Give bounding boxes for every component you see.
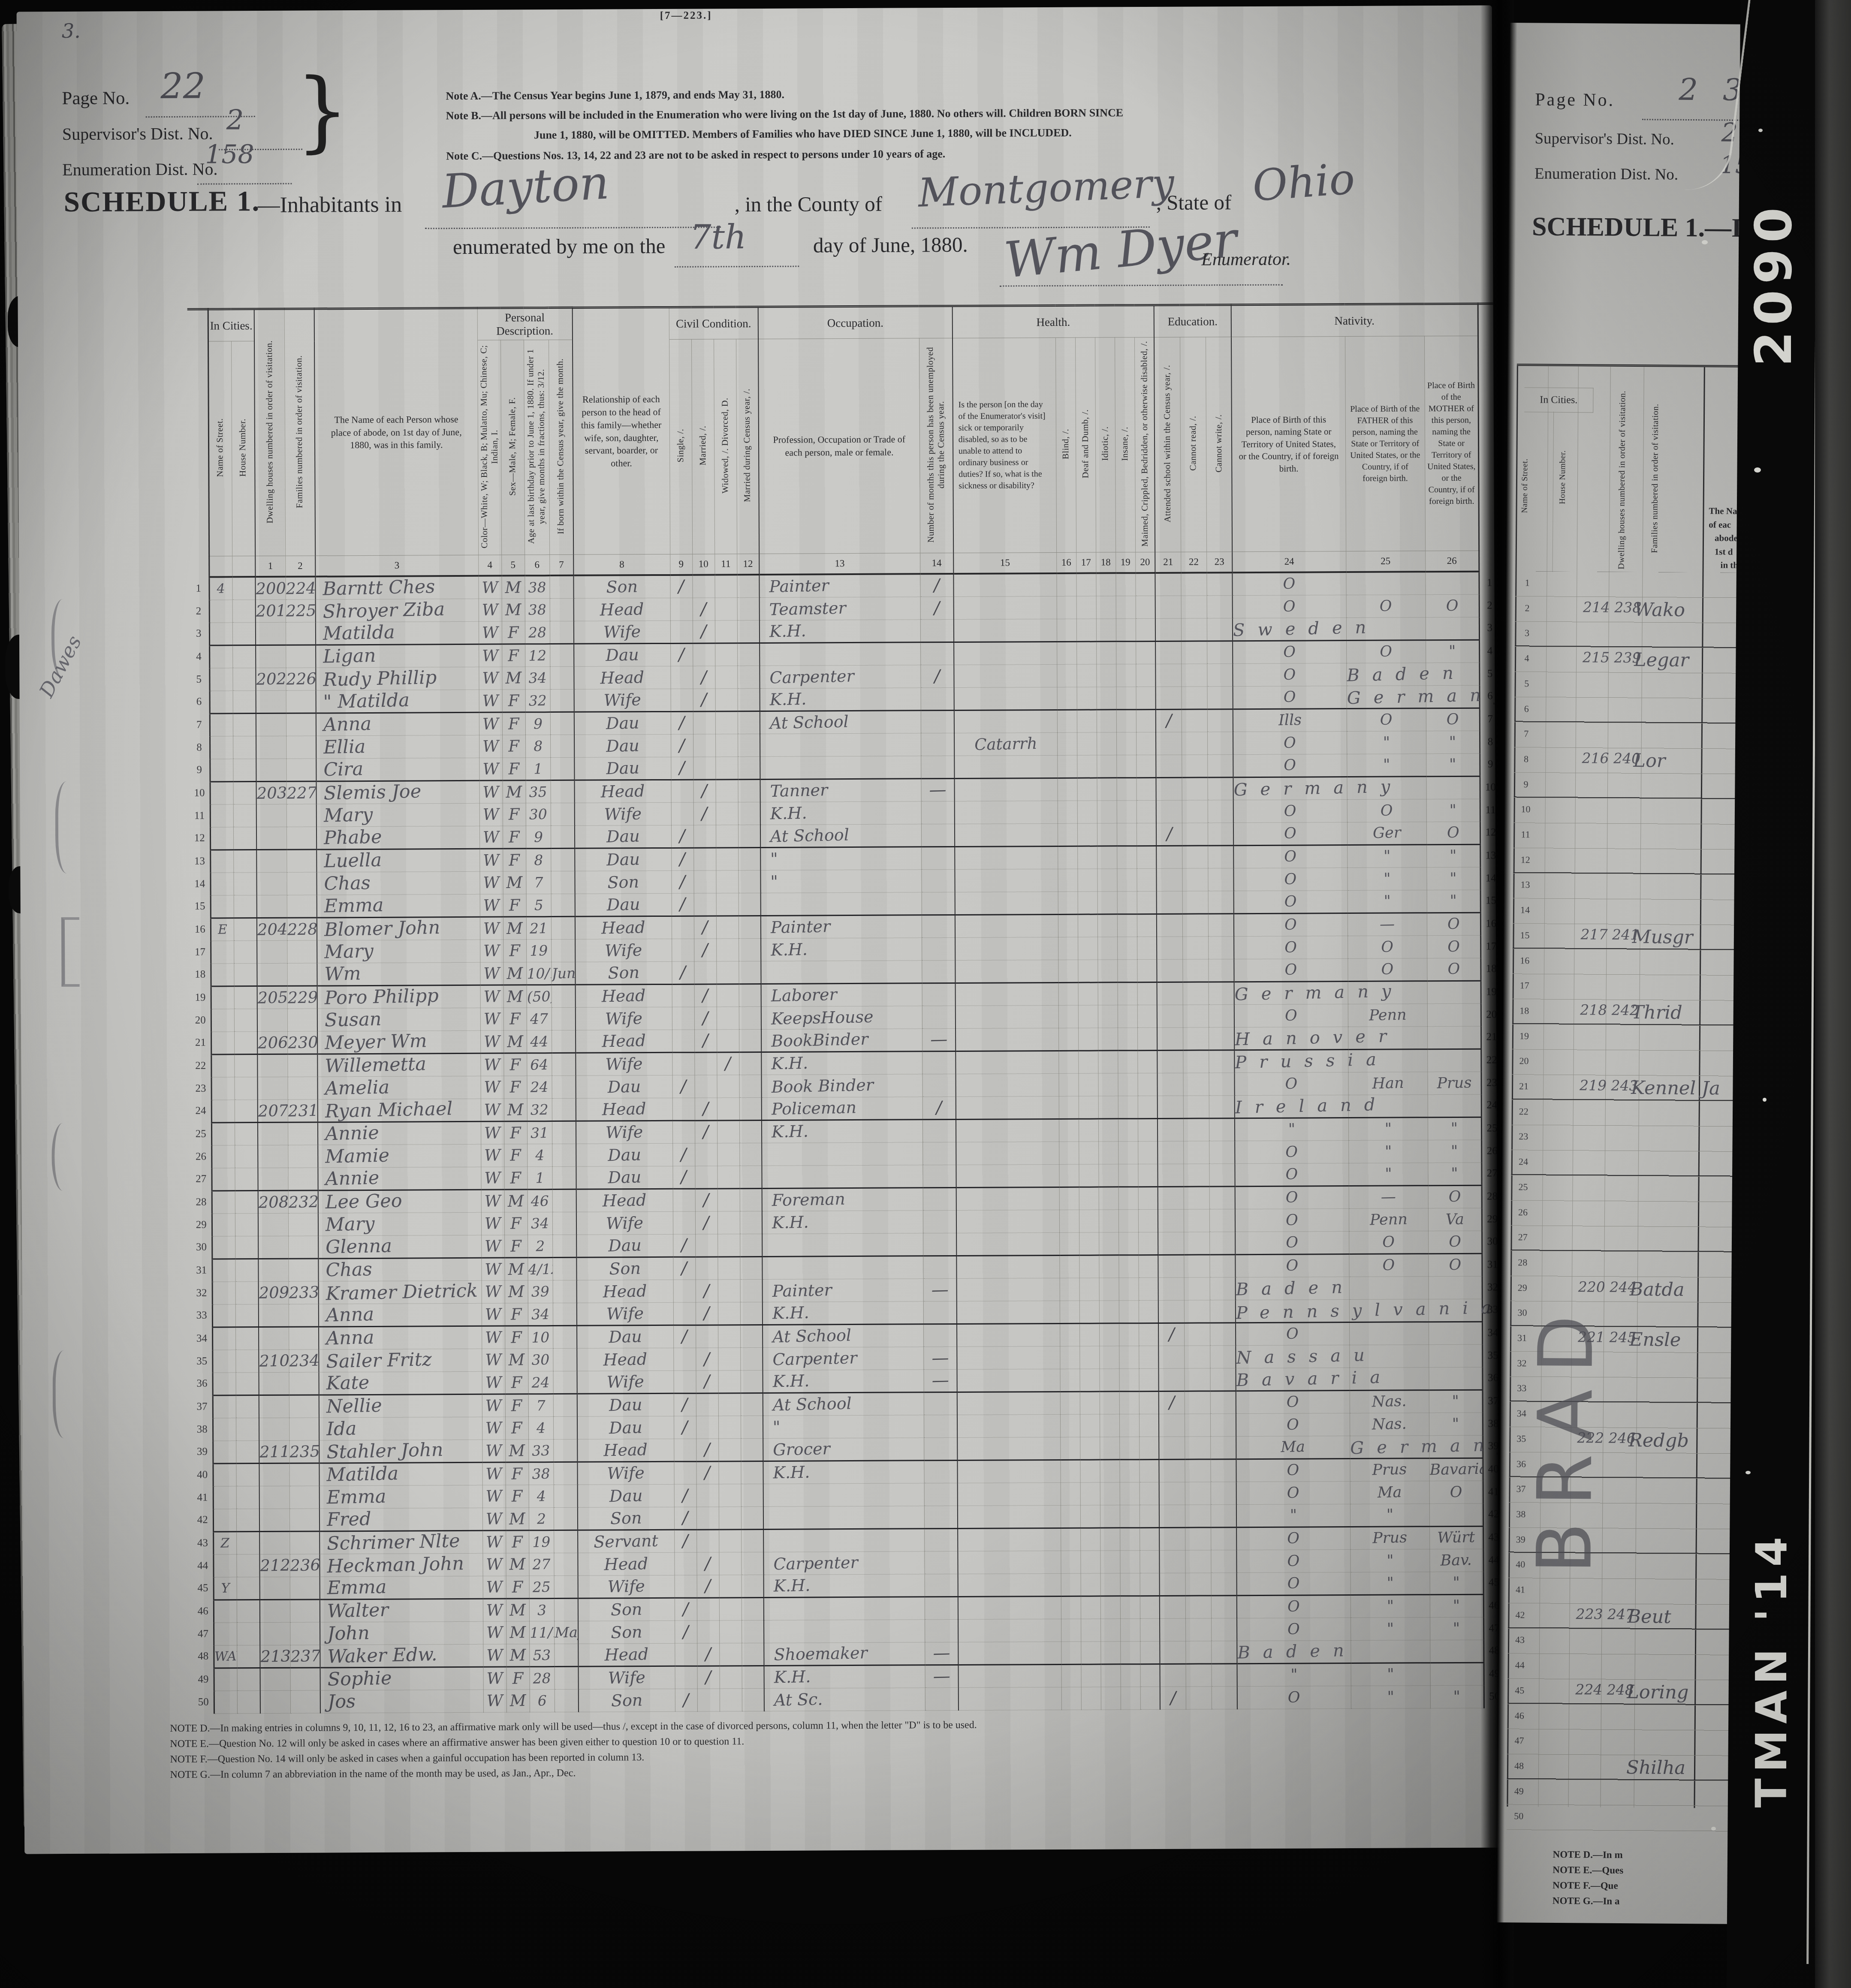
cell-h1 <box>1058 1028 1078 1051</box>
cell-hn <box>236 1531 259 1554</box>
cell-hn <box>235 1190 258 1213</box>
handwritten-value: " <box>1385 1165 1392 1182</box>
cell-w1 <box>717 1188 740 1211</box>
cell-pob: Germany <box>1233 777 1347 800</box>
cell-w1 <box>717 1256 740 1279</box>
rp-line-number: 22 <box>1515 1106 1532 1117</box>
cell-my <box>737 620 760 643</box>
cell-un <box>924 1415 957 1437</box>
handwritten-value: Anna <box>326 1304 374 1326</box>
cell-h1 <box>1057 710 1077 732</box>
col-age-label: Age at last birthday prior to June 1, 18… <box>525 341 548 552</box>
cell-st <box>212 1213 235 1236</box>
cell-e3 <box>1207 663 1233 686</box>
handwritten-value: Nellie <box>326 1395 382 1418</box>
cell-age: 47 <box>527 1007 552 1030</box>
cell-h2 <box>1078 914 1097 937</box>
cell-hn <box>233 736 256 759</box>
cell-h3 <box>1099 1323 1119 1346</box>
cell-fb: O <box>1347 708 1426 731</box>
rp-dwelling-family-numbers: 218 242 <box>1580 1001 1639 1018</box>
cell-age: 38 <box>525 575 549 598</box>
cell-s1 <box>670 666 693 689</box>
cell-h2 <box>1079 1255 1099 1278</box>
rp-line-number: 11 <box>1517 829 1534 840</box>
cell-fam: 234 <box>289 1349 319 1372</box>
cell-un <box>925 1574 958 1596</box>
handwritten-value: Germany <box>1233 777 1403 800</box>
cell-mb: O <box>1428 1231 1482 1254</box>
cell-pob: O <box>1234 936 1348 959</box>
handwritten-value: Mary <box>323 804 373 826</box>
handwritten-value: W <box>482 691 499 710</box>
cell-pob: Hanover <box>1234 1027 1348 1050</box>
cell-occ: K.H. <box>763 1369 924 1393</box>
cell-un <box>921 710 954 733</box>
cell-s1 <box>674 1439 696 1461</box>
cell-rel: Dau <box>576 1234 673 1257</box>
cell-fam: 224 <box>285 576 315 599</box>
cell-mo <box>552 1235 576 1257</box>
cell-dw <box>257 895 287 918</box>
cell-hn <box>234 963 257 986</box>
rp-name-fragment: Batda <box>1630 1279 1685 1301</box>
cell-dw <box>258 1145 288 1168</box>
cell-c: W <box>482 1417 505 1440</box>
col-sex-label: Sex—Male, M; Female, F. <box>506 395 519 498</box>
cell-s1 <box>672 1007 694 1030</box>
pencil-bracket <box>61 917 80 987</box>
cell-mb: " <box>1430 1594 1483 1618</box>
cell-my <box>739 1143 762 1166</box>
city-value: Dayton <box>440 156 610 219</box>
cell-h4 <box>1121 1687 1140 1709</box>
cell-rel: Dau <box>576 1166 672 1189</box>
cell-h3 <box>1097 732 1116 755</box>
cell-mb <box>1427 1026 1481 1049</box>
handwritten-value: Prus <box>1372 1461 1407 1479</box>
cell-e1 <box>1159 1482 1185 1505</box>
cell-mb: " <box>1430 1685 1484 1708</box>
cell-mo <box>552 1121 576 1144</box>
cell-my <box>740 1325 763 1347</box>
rp-line-number: 5 <box>1518 678 1535 689</box>
cell-w1 <box>715 779 738 802</box>
handwritten-value: K.H. <box>772 1303 809 1323</box>
june-1880-label: day of June, 1880. <box>813 232 968 258</box>
handwritten-value: K.H. <box>769 690 807 709</box>
cell-c: W <box>480 985 503 1008</box>
cell-e2 <box>1182 777 1208 800</box>
cell-occ <box>761 960 922 984</box>
cell-sick <box>956 1210 1059 1233</box>
cell-w1 <box>717 1211 740 1234</box>
column-number: 5 <box>501 555 525 576</box>
cell-mo: May <box>554 1621 578 1644</box>
cell-h4 <box>1116 755 1136 777</box>
handwritten-value: Annie <box>325 1122 380 1145</box>
cell-mo <box>549 575 573 598</box>
cell-hn <box>235 1099 258 1122</box>
cell-rel: Wife <box>574 689 671 712</box>
handwritten-value: Bavaria <box>1236 1367 1393 1390</box>
cell-h5 <box>1136 596 1155 618</box>
cell-c: W <box>480 1053 503 1076</box>
cell-s1 <box>672 1030 694 1052</box>
cell-un <box>922 1119 956 1142</box>
handwritten-value: M <box>509 1691 526 1710</box>
handwritten-value: Dau <box>609 1327 642 1347</box>
cell-s1 <box>672 916 694 939</box>
handwritten-value: 4 <box>537 1488 546 1504</box>
handwritten-value: Matilda <box>323 621 395 645</box>
cell-name: Mamie <box>318 1144 481 1168</box>
cell-e3 <box>1209 1232 1235 1254</box>
cell-dw <box>258 1122 288 1145</box>
cell-hn <box>235 1236 258 1259</box>
cell-w1 <box>715 734 738 756</box>
cell-e2 <box>1183 1163 1209 1186</box>
handwritten-value: Chas <box>326 1259 372 1281</box>
cell-dw <box>256 759 286 781</box>
cell-s: M <box>505 1280 528 1303</box>
cell-w1 <box>717 1029 739 1052</box>
cell-st <box>211 1145 235 1168</box>
cell-dw: 210 <box>259 1349 289 1372</box>
cell-name: Susan <box>317 1008 480 1031</box>
handwritten-value: F <box>509 805 520 824</box>
cell-st <box>211 940 234 963</box>
cell-h1 <box>1057 642 1076 664</box>
cell-s: M <box>503 916 526 939</box>
cell-my <box>737 643 760 666</box>
cell-w1 <box>718 1325 740 1347</box>
handwritten-value: / <box>701 599 707 619</box>
cell-mb: " <box>1430 1617 1483 1640</box>
cell-st <box>211 963 234 986</box>
cell-st <box>209 668 232 690</box>
cell-un: / <box>920 665 954 687</box>
handwritten-value: M <box>505 600 522 619</box>
col-maimed: Maimed, Crippled, Bedridden, or otherwis… <box>1134 337 1155 552</box>
cell-st <box>211 1168 235 1190</box>
col-name: The Name of each Person whose place of a… <box>314 308 479 556</box>
cell-rel: Dau <box>576 1143 672 1166</box>
rp-line-number: 19 <box>1516 1030 1533 1042</box>
cell-e3 <box>1208 959 1234 982</box>
line-number: 35 <box>192 1350 212 1373</box>
cell-e1 <box>1158 1164 1183 1187</box>
cell-mo <box>553 1394 577 1416</box>
cell-age: 32 <box>525 689 550 712</box>
cell-rel: Head <box>576 1189 673 1212</box>
col-pob: Place of Birth of this person, naming St… <box>1231 337 1346 552</box>
cell-w1 <box>719 1506 741 1529</box>
cell-mo: June <box>551 962 575 985</box>
cell-s: F <box>502 621 525 644</box>
cell-dw <box>259 1463 289 1486</box>
cell-my <box>741 1416 763 1438</box>
cell-occ: At School <box>763 1324 923 1347</box>
cell-e1 <box>1155 641 1181 664</box>
cell-fam: 227 <box>286 781 316 804</box>
cell-h2 <box>1078 892 1097 914</box>
handwritten-value: Head <box>603 1349 648 1369</box>
cell-e1 <box>1155 618 1181 641</box>
cell-un <box>921 801 955 824</box>
census-page-left: 3. [7—223.] Page No. 22 Supervisor's Dis… <box>17 6 1500 1854</box>
col-profession-label: Profession, Occupation or Trade of each … <box>769 433 910 459</box>
cell-s: F <box>503 825 526 848</box>
cell-name: Matilda <box>316 621 479 645</box>
cell-e2 <box>1185 1595 1211 1618</box>
cell-e3 <box>1209 1163 1235 1186</box>
handwritten-value: O <box>1448 1188 1461 1206</box>
handwritten-value: " <box>1383 734 1390 751</box>
cell-h4 <box>1117 959 1137 982</box>
cell-occ <box>763 1528 924 1552</box>
cell-fb: " <box>1348 1140 1428 1163</box>
handwritten-value: Son <box>607 872 639 892</box>
cell-h3 <box>1096 618 1116 641</box>
cell-h1 <box>1060 1460 1080 1482</box>
handwritten-value: O <box>1284 916 1297 934</box>
cell-age: 2 <box>528 1235 552 1257</box>
cell-mb <box>1429 1344 1482 1368</box>
line-number: 37 <box>192 1395 213 1418</box>
cell-e2 <box>1185 1482 1211 1504</box>
cell-h4 <box>1118 1005 1137 1027</box>
cell-occ: Shoemaker <box>764 1642 925 1666</box>
cell-c: W <box>480 962 503 985</box>
cell-mo <box>554 1485 578 1507</box>
pencil-bracket <box>55 781 78 874</box>
cell-hn <box>235 1213 258 1236</box>
cell-e3 <box>1210 1459 1236 1482</box>
cell-dw <box>258 1168 288 1190</box>
column-number: 19 <box>1115 552 1135 573</box>
cell-mb: Bavaria <box>1429 1458 1483 1481</box>
cell-age: 8 <box>525 735 550 757</box>
handwritten-value: Walter <box>327 1599 389 1622</box>
cell-dw <box>259 1395 289 1418</box>
cell-c: W <box>481 1121 504 1144</box>
cell-fam <box>288 1122 318 1145</box>
handwritten-value: " <box>1450 870 1457 887</box>
cell-c: W <box>479 758 502 780</box>
handwritten-value: Dau <box>606 895 640 915</box>
cell-e1 <box>1156 800 1182 823</box>
cell-pob: O <box>1236 1458 1350 1482</box>
cell-h2 <box>1078 1028 1098 1051</box>
handwritten-value: At School <box>769 712 849 732</box>
cell-sick <box>956 1096 1059 1119</box>
cell-e2 <box>1182 709 1207 732</box>
handwritten-value: Dau <box>606 827 640 846</box>
handwritten-value: / <box>678 645 684 665</box>
cell-dw <box>257 1077 287 1099</box>
cell-e2 <box>1182 822 1208 845</box>
handwritten-value: 4 <box>535 1147 544 1163</box>
col-insane: Insane, /. <box>1115 337 1135 552</box>
handwritten-value: Wife <box>608 1668 645 1687</box>
cell-sick <box>956 1142 1059 1165</box>
rp-line-number: 44 <box>1511 1660 1528 1671</box>
cell-fam: 231 <box>288 1099 318 1122</box>
cell-name: Lee Geo <box>318 1190 481 1213</box>
cell-e2 <box>1184 1186 1209 1209</box>
handwritten-value: F <box>510 1124 522 1142</box>
cell-h5 <box>1138 1073 1158 1096</box>
handwritten-value: F <box>508 691 519 710</box>
cell-m1: / <box>694 938 716 961</box>
handwritten-value: F <box>511 1396 523 1415</box>
cell-pob: O <box>1237 1618 1351 1641</box>
handwritten-value: F <box>512 1533 523 1551</box>
group-personal-description: Personal Description. <box>477 307 573 340</box>
cell-s1 <box>674 1461 696 1484</box>
cell-sick <box>954 596 1057 619</box>
cell-my <box>738 734 760 756</box>
cell-rel: Dau <box>575 893 672 916</box>
cell-s1: / <box>675 1689 697 1711</box>
handwritten-value: Head <box>603 1281 648 1301</box>
film-speck <box>1711 1827 1716 1831</box>
cell-h3 <box>1098 1096 1118 1118</box>
cell-hn <box>234 895 257 918</box>
cell-h5 <box>1140 1641 1160 1664</box>
cell-name: Sailer Fritz <box>319 1349 482 1372</box>
handwritten-value: W <box>485 1328 502 1347</box>
cell-c: W <box>482 1553 506 1576</box>
line-number: 2 <box>189 600 209 623</box>
handwritten-value: M <box>509 1509 526 1528</box>
cell-s: F <box>504 1144 527 1166</box>
cell-fam <box>289 1326 319 1349</box>
cell-rel: Head <box>578 1552 674 1575</box>
cell-fam: 229 <box>287 985 317 1008</box>
cell-h4 <box>1118 1255 1138 1277</box>
handwritten-value: / <box>704 1463 710 1482</box>
cell-un <box>922 1051 956 1074</box>
cell-h1 <box>1058 914 1078 937</box>
cell-c: W <box>483 1621 506 1644</box>
col-deaf: Deaf and Dumb, /. <box>1075 337 1096 552</box>
cell-st <box>213 1463 236 1486</box>
cell-h3 <box>1100 1391 1119 1414</box>
handwritten-value: Wife <box>607 1463 645 1483</box>
cell-h4 <box>1117 800 1137 823</box>
col-sickness: Is the person [on the day of the Enumera… <box>953 337 1056 553</box>
cell-h5 <box>1139 1391 1159 1414</box>
cell-w1 <box>718 1302 740 1325</box>
cell-un <box>923 1210 956 1233</box>
cell-e3 <box>1209 1004 1234 1027</box>
cell-c: W <box>483 1690 506 1712</box>
cell-name: Wm <box>317 962 480 986</box>
handwritten-value: O <box>1287 1530 1300 1547</box>
handwritten-value: Head <box>602 986 646 1006</box>
cell-e2 <box>1184 1232 1209 1254</box>
rp-line-number: 29 <box>1514 1282 1531 1293</box>
cell-dw <box>259 1486 289 1509</box>
cell-fb: O <box>1348 935 1427 958</box>
cell-un: — <box>923 1346 957 1369</box>
cell-dw <box>256 713 286 736</box>
handwritten-value: F <box>510 1146 522 1165</box>
handwritten-value: K.H. <box>771 940 808 959</box>
cell-occ <box>760 642 920 666</box>
line-number: 6 <box>189 691 210 714</box>
cell-mb <box>1429 1276 1482 1299</box>
cell-w1 <box>715 597 737 620</box>
handwritten-value: Son <box>611 1600 642 1620</box>
rp-name-fragment: Redgb <box>1628 1430 1689 1452</box>
handwritten-value: Head <box>604 1554 648 1574</box>
line-number: 28 <box>191 1191 212 1214</box>
rp-dwelling-family-numbers: 214 238 <box>1583 599 1642 616</box>
handwritten-value: 19 <box>532 1533 551 1550</box>
cell-m1: / <box>696 1302 718 1325</box>
cell-s: M <box>503 1030 527 1053</box>
cell-my <box>740 1211 762 1234</box>
handwritten-value: 32 <box>530 1101 549 1118</box>
cell-mb: " <box>1427 890 1480 913</box>
cell-sick <box>957 1278 1060 1301</box>
handwritten-value: K.H. <box>773 1463 810 1482</box>
cell-h3 <box>1097 777 1117 800</box>
cell-mo <box>551 916 575 939</box>
cell-mo <box>552 1053 576 1075</box>
cell-pob: O <box>1237 1686 1351 1709</box>
cell-un: — <box>923 1278 957 1301</box>
cell-st <box>214 1622 237 1645</box>
cell-h4 <box>1120 1573 1140 1596</box>
cell-e3 <box>1210 1368 1236 1391</box>
cell-h2 <box>1079 1142 1098 1164</box>
cell-hn <box>235 1372 259 1395</box>
cell-w1 <box>716 916 739 938</box>
group-health: Health. <box>953 305 1154 338</box>
cell-pob: Ills <box>1233 708 1347 732</box>
cell-m1: / <box>693 666 715 688</box>
cell-m1 <box>693 756 715 779</box>
cell-pob: O <box>1233 686 1347 709</box>
cell-c: W <box>482 1326 505 1349</box>
cell-h2 <box>1079 1096 1098 1119</box>
cell-mo <box>550 644 574 666</box>
cell-rel: Dau <box>575 848 671 871</box>
cell-mb: O <box>1428 1253 1482 1277</box>
cell-name: Kate <box>319 1371 482 1395</box>
col-married-cy-label: Married during Census year, /. <box>741 386 754 505</box>
cell-h4 <box>1116 732 1136 755</box>
column-number: 11 <box>714 554 737 575</box>
cell-m1: / <box>694 1029 717 1052</box>
cell-mo <box>553 1280 577 1303</box>
line-number: 20 <box>190 1009 211 1032</box>
cell-hn <box>235 1259 258 1281</box>
cell-pob: O <box>1235 1208 1349 1232</box>
cell-name: Walter <box>320 1599 483 1622</box>
handwritten-value: 38 <box>528 579 546 596</box>
col-profession: Profession, Occupation or Trade of each … <box>758 338 920 554</box>
cell-h5 <box>1139 1300 1158 1323</box>
cell-c: W <box>479 871 503 894</box>
cell-h3 <box>1100 1482 1120 1505</box>
cell-mb: O <box>1428 1185 1482 1208</box>
cell-h1 <box>1057 755 1077 778</box>
